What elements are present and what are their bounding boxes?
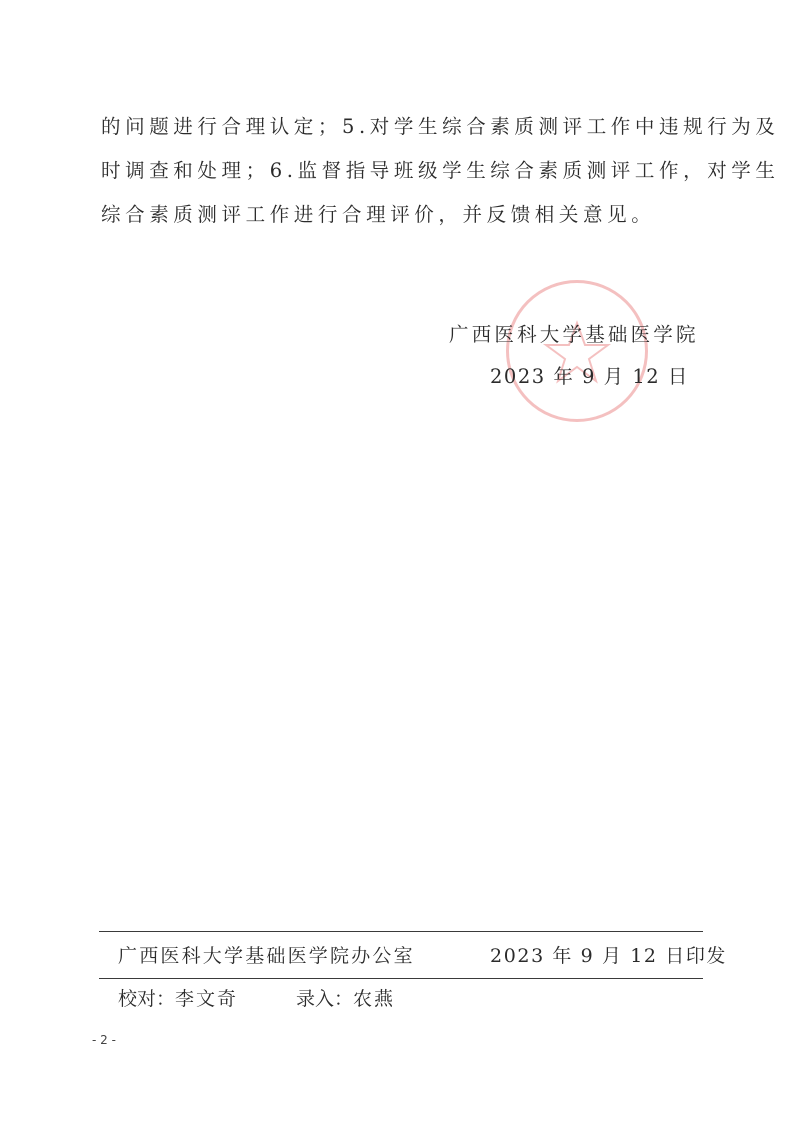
signature-date: 2023 年 9 月 12 日 bbox=[490, 363, 689, 391]
document-page: 的问题进行合理认定；5.对学生综合素质测评工作中违规行为及 时调查和处理；6.监… bbox=[0, 0, 794, 1123]
footer-entry: 录入：农燕 bbox=[296, 986, 395, 1012]
body-paragraph-line-1: 的问题进行合理认定；5.对学生综合素质测评工作中违规行为及 bbox=[101, 113, 780, 141]
proofreader-name: 李文奇 bbox=[175, 988, 238, 1010]
entry-label: 录入： bbox=[296, 988, 353, 1010]
footer-issue-date: 2023 年 9 月 12 日印发 bbox=[490, 943, 727, 969]
proofreader-label: 校对： bbox=[118, 988, 175, 1010]
entry-person-name: 农燕 bbox=[353, 988, 395, 1010]
footer-issuer: 广西医科大学基础医学院办公室 bbox=[118, 943, 415, 969]
star-icon bbox=[509, 283, 645, 419]
body-paragraph-line-2: 时调查和处理；6.监督指导班级学生综合素质测评工作，对学生 bbox=[101, 157, 780, 185]
footer-proofreader: 校对：李文奇 bbox=[118, 986, 238, 1012]
official-seal-stamp bbox=[506, 280, 648, 422]
signature-organization: 广西医科大学基础医学院 bbox=[449, 321, 699, 349]
footer-bottom-rule bbox=[99, 978, 703, 979]
footer-top-rule bbox=[99, 931, 703, 932]
page-number: - 2 - bbox=[92, 1033, 116, 1047]
body-paragraph-line-3: 综合素质测评工作进行合理评价，并反馈相关意见。 bbox=[101, 201, 655, 229]
